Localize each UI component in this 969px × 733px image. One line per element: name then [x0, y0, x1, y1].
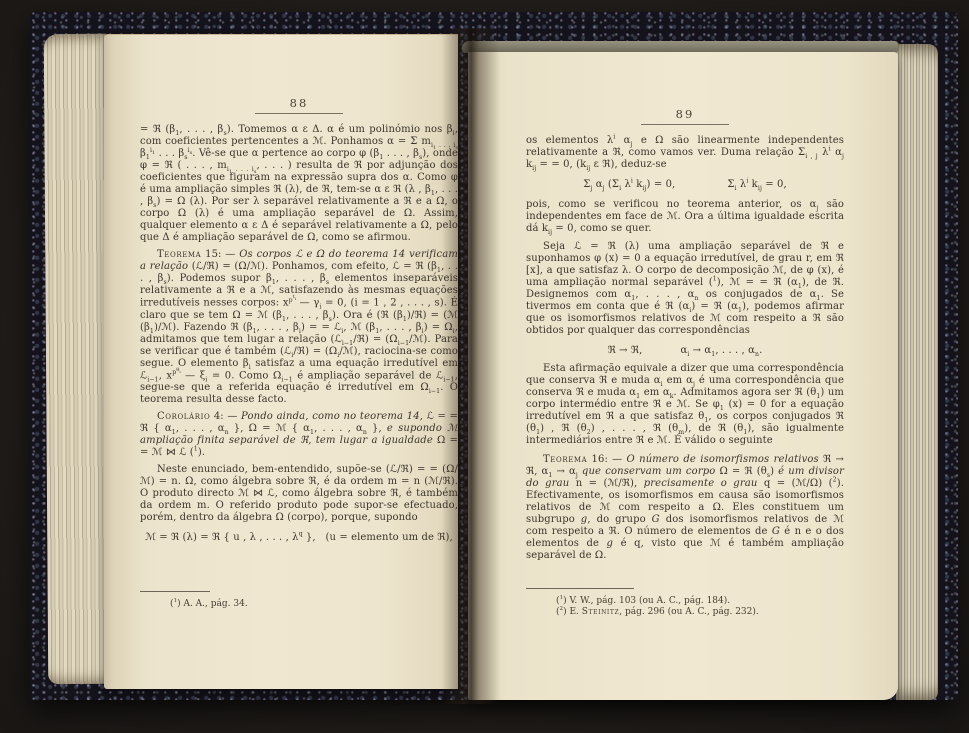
body-paragraph: Esta afirmação equivale a dizer que uma …	[526, 363, 844, 447]
page-88-text-column: 88 = ℜ (β1, . . . , βs). Tomemos α ε Δ. …	[140, 97, 458, 544]
footnote: (1) A. A., pág. 34.	[140, 599, 458, 610]
page-88: 88 = ℜ (β1, . . . , βs). Tomemos α ε Δ. …	[104, 34, 458, 689]
paragraph-continuation: = ℜ (β1, . . . , βs). Tomemos α ε Δ. α é…	[140, 124, 458, 244]
page-89-text-column: 89 os elementos λi αj e Ω são linearment…	[526, 108, 844, 562]
footnote: (2) E. Steinitz, pág. 296 (ou A. C., pág…	[526, 607, 844, 618]
footnote: (1) V. W., pág. 103 (ou A. C., pág. 184)…	[526, 596, 844, 607]
display-equation: ℳ = ℜ (λ) = ℜ { u , λ , . . . , λq }, (u…	[140, 532, 458, 544]
display-equation: Σj αj (Σi λi kij) = 0,Σi λi kij = 0,	[526, 179, 844, 191]
body-paragraph: Neste enunciado, bem-entendido, supõe-se…	[140, 464, 458, 524]
body-paragraph: Seja ℒ = ℜ (λ) uma ampliação separável d…	[526, 241, 844, 337]
page-number-left: 88	[255, 97, 343, 114]
page-number-right: 89	[641, 108, 729, 125]
footnote-rule	[526, 588, 634, 589]
page-edges-left	[44, 34, 111, 684]
display-equation: ℜ → ℜ,αi → α1, . . . , αn.	[526, 345, 844, 357]
paragraph-continuation: os elementos λi αj e Ω são linearmente i…	[526, 135, 844, 171]
theorem-15-paragraph: Teorema 15: — Os corpos ℒ e Ω do teorema…	[140, 249, 458, 406]
page-edges-right	[896, 44, 938, 700]
open-book-photo: 88 = ℜ (β1, . . . , βs). Tomemos α ε Δ. …	[0, 0, 969, 733]
corollary-4-paragraph: Corolário 4: — Pondo ainda, como no teor…	[140, 411, 458, 459]
theorem-16-paragraph: Teorema 16: — O número de isomorfismos r…	[526, 454, 844, 562]
page-89: 89 os elementos λi αj e Ω são linearment…	[468, 52, 898, 700]
footnotes-left: (1) A. A., pág. 34.	[140, 591, 458, 610]
footnote-rule	[140, 591, 210, 592]
body-paragraph: pois, como se verificou no teorema anter…	[526, 199, 844, 235]
footnotes-right: (1) V. W., pág. 103 (ou A. C., pág. 184)…	[526, 588, 844, 618]
